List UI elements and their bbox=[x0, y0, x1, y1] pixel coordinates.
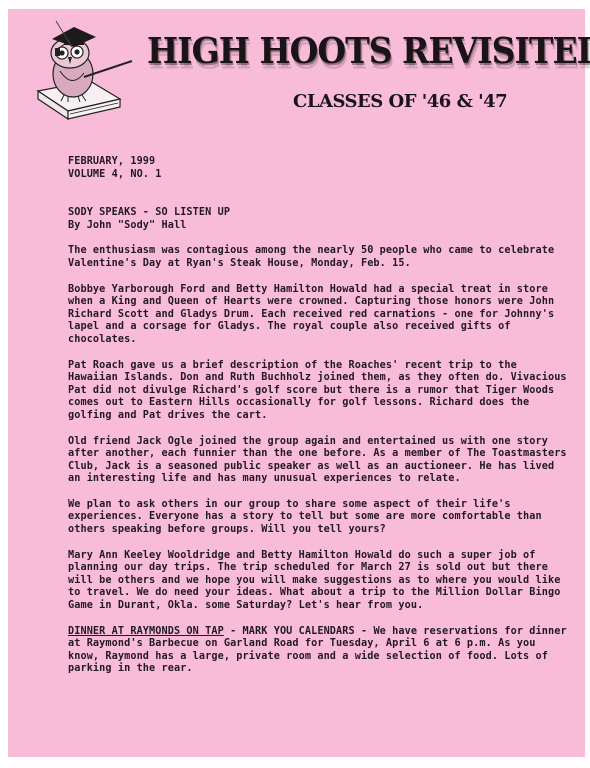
article-headline: SODY SPEAKS - SO LISTEN UP bbox=[68, 207, 230, 218]
issue-info: FEBRUARY, 1999 VOLUME 4, NO. 1 bbox=[68, 156, 568, 181]
article-header: SODY SPEAKS - SO LISTEN UP By John "Sody… bbox=[68, 207, 568, 232]
dinner-heading: DINNER AT RAYMONDS ON TAP bbox=[68, 626, 224, 637]
owl-graduate-on-book-icon bbox=[28, 19, 138, 124]
paragraph: Pat Roach gave us a brief description of… bbox=[68, 360, 568, 423]
issue-volume: VOLUME 4, NO. 1 bbox=[68, 169, 162, 180]
paragraph: We plan to ask others in our group to sh… bbox=[68, 499, 568, 537]
masthead: HIGH HOOTS REVISITED CLASSES OF '46 & '4… bbox=[8, 9, 585, 129]
issue-date: FEBRUARY, 1999 bbox=[68, 156, 155, 167]
dinner-paragraph: DINNER AT RAYMONDS ON TAP - MARK YOU CAL… bbox=[68, 626, 568, 676]
article-byline: By John "Sody" Hall bbox=[68, 220, 186, 231]
paragraph: Mary Ann Keeley Wooldridge and Betty Ham… bbox=[68, 550, 568, 613]
newsletter-subtitle: CLASSES OF '46 & '47 bbox=[293, 91, 507, 112]
paragraph: The enthusiasm was contagious among the … bbox=[68, 245, 568, 270]
newsletter-body: FEBRUARY, 1999 VOLUME 4, NO. 1 SODY SPEA… bbox=[68, 156, 568, 689]
paragraph: Bobbye Yarborough Ford and Betty Hamilto… bbox=[68, 284, 568, 347]
newsletter-title: HIGH HOOTS REVISITED bbox=[147, 29, 590, 71]
paragraph: Old friend Jack Ogle joined the group ag… bbox=[68, 436, 568, 486]
newsletter-page: HIGH HOOTS REVISITED CLASSES OF '46 & '4… bbox=[8, 9, 585, 757]
